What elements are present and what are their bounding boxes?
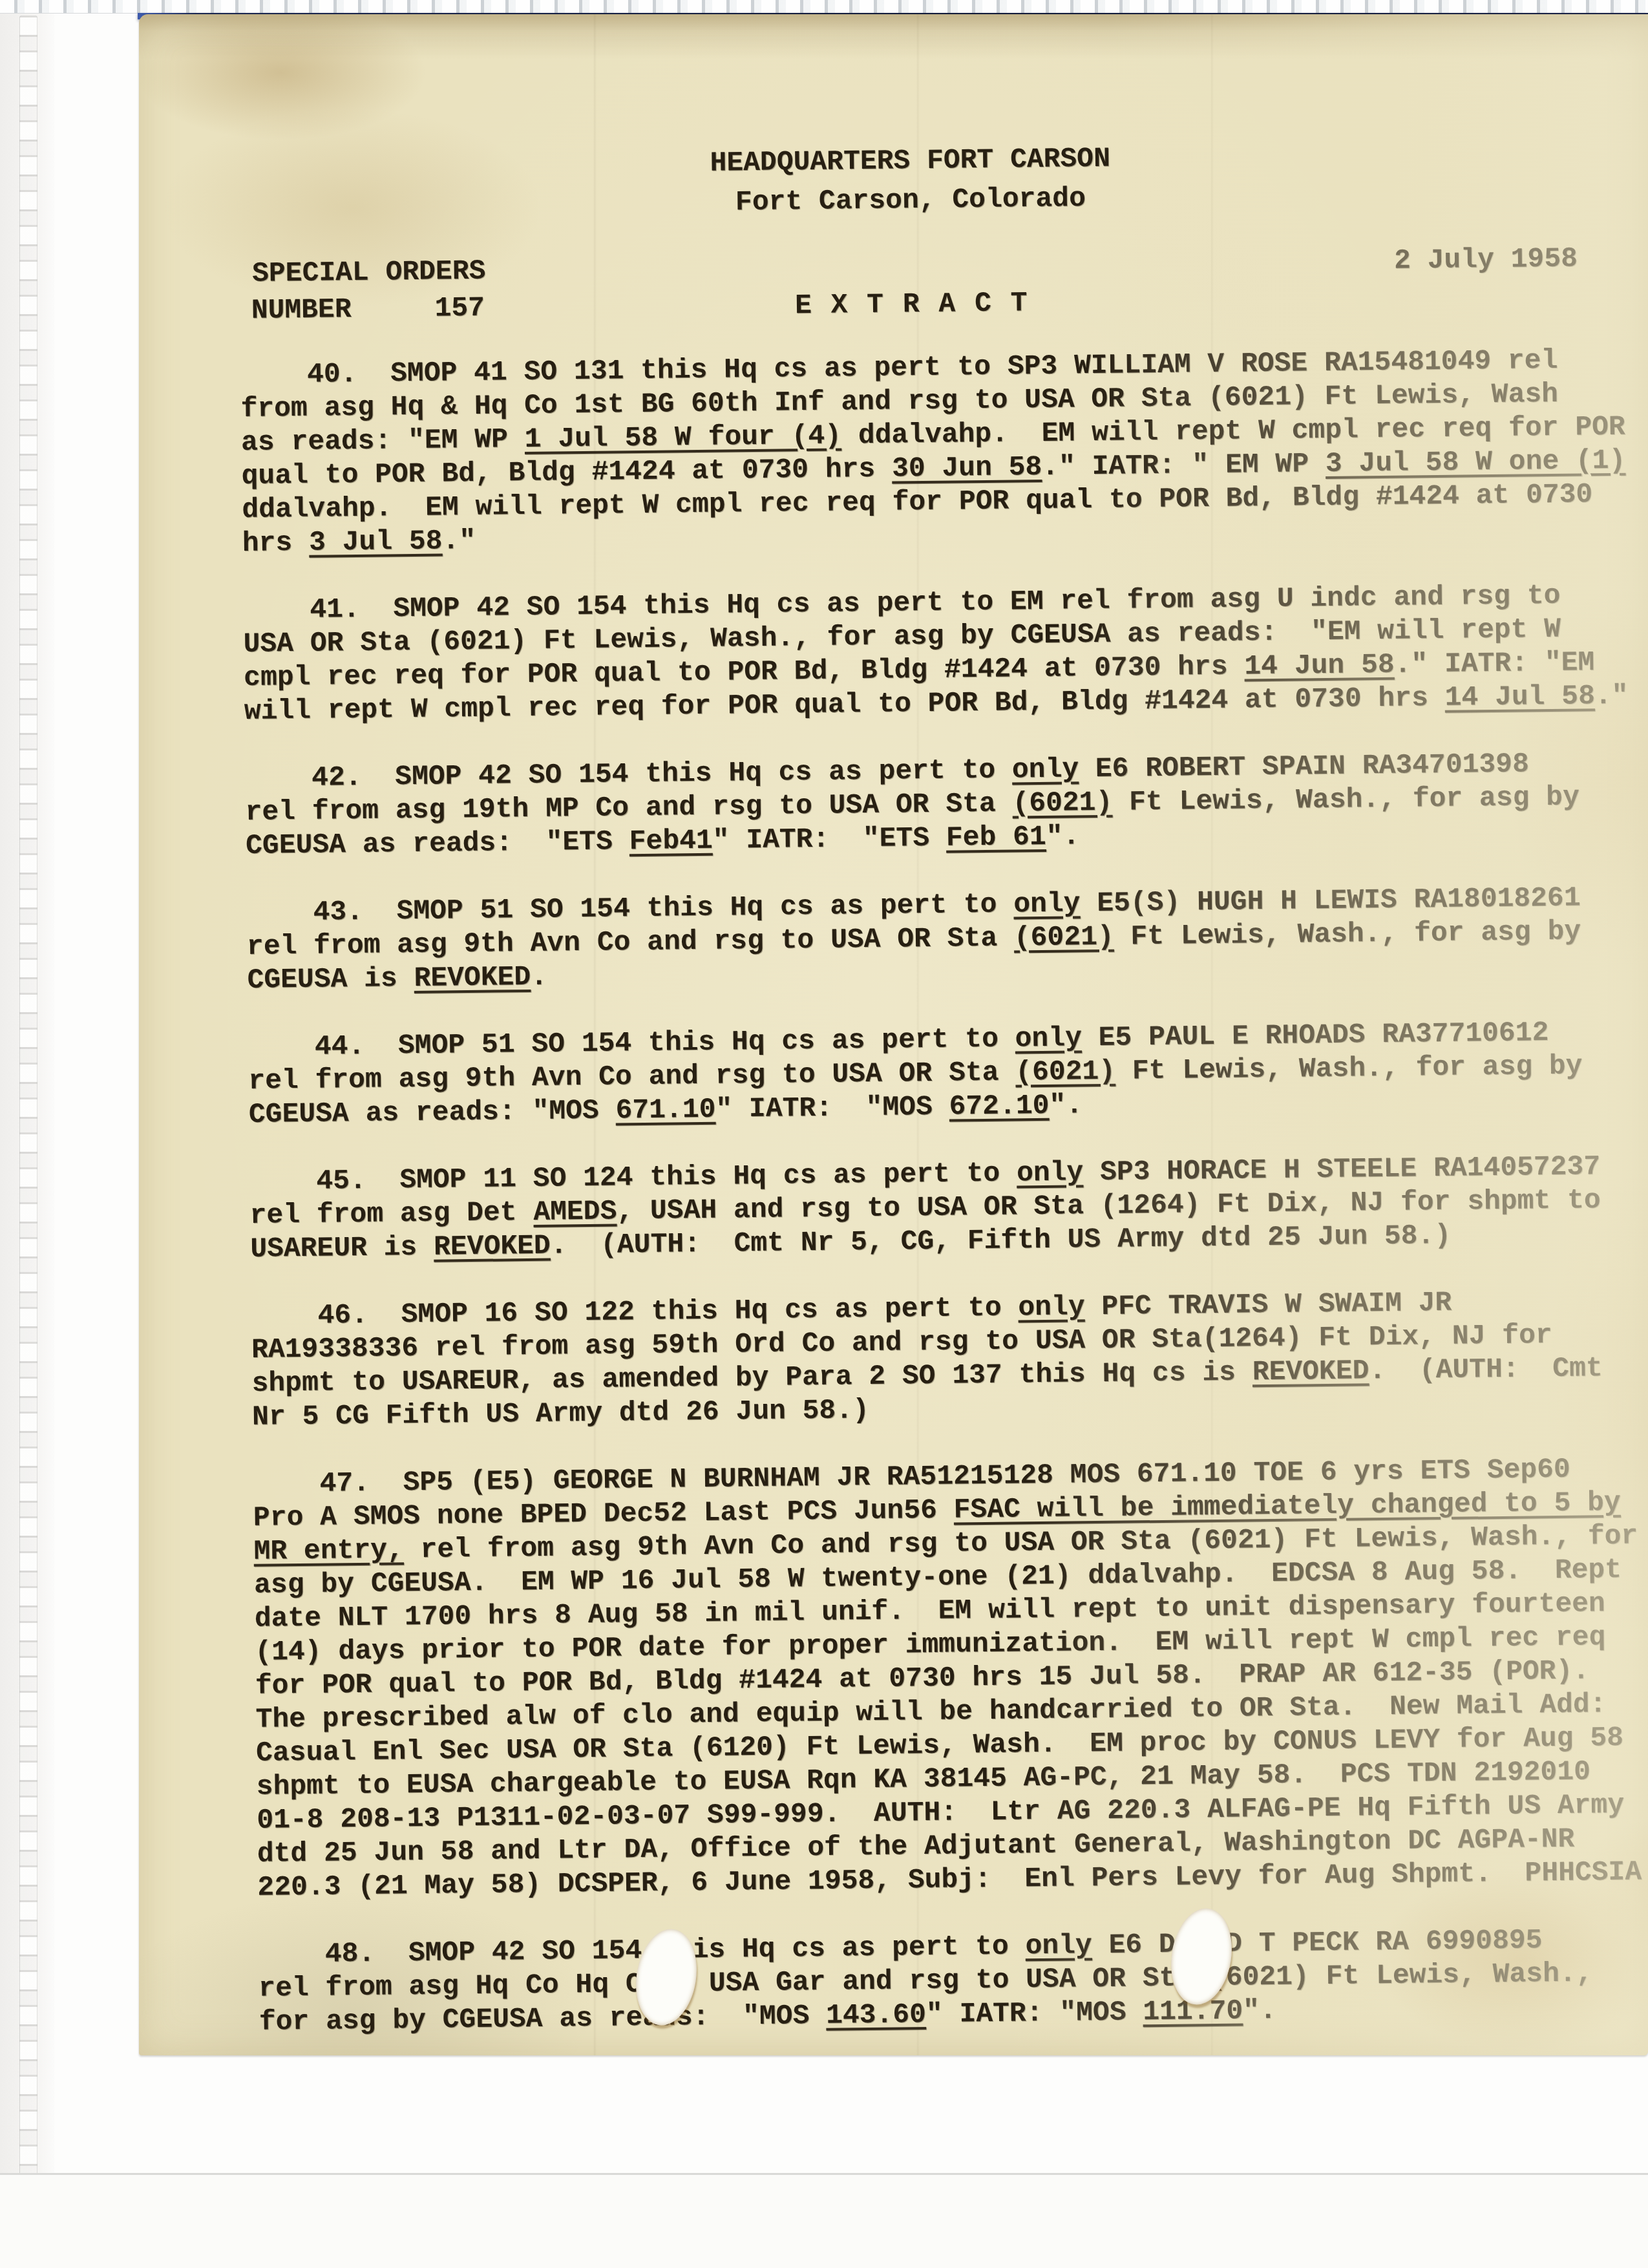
special-orders-label: SPECIAL ORDERS — [252, 255, 486, 291]
paper-sheet: HEADQUARTERS FORT CARSON Fort Carson, Co… — [139, 14, 1648, 2055]
order-date: 2 July 1958 — [1394, 242, 1578, 277]
protector-top-seam — [0, 0, 1648, 14]
orders-list: 40. SMOP 41 SO 131 this Hq cs as pert to… — [240, 343, 1648, 2055]
binder-stitch-column — [19, 16, 37, 2252]
typewritten-text-layer: HEADQUARTERS FORT CARSON Fort Carson, Co… — [238, 136, 1648, 152]
scanned-document-page: { "colors": { "paper": "#eae2bf", "ink":… — [0, 0, 1648, 2268]
order-paragraph-44: 44. SMOP 51 SO 154 this Hq cs as pert to… — [248, 1015, 1648, 1132]
order-paragraph-46: 46. SMOP 16 SO 122 this Hq cs as pert to… — [251, 1284, 1648, 1434]
org-location: Fort Carson, Colorado — [238, 176, 1583, 225]
order-paragraph-40: 40. SMOP 41 SO 131 this Hq cs as pert to… — [240, 343, 1648, 560]
order-paragraph-48: 48. SMOP 42 SO 154 this Hq cs as pert to… — [258, 1922, 1648, 2039]
order-paragraph-42: 42. SMOP 42 SO 154 this Hq cs as pert to… — [245, 746, 1648, 863]
order-paragraph-41: 41. SMOP 42 SO 154 this Hq cs as pert to… — [243, 578, 1648, 728]
order-paragraph-45: 45. SMOP 11 SO 124 this Hq cs as pert to… — [249, 1149, 1648, 1266]
order-paragraph-43: 43. SMOP 51 SO 154 this Hq cs as pert to… — [246, 880, 1648, 997]
backing-sheet-lower — [0, 2175, 1648, 2268]
order-paragraph-47: 47. SP5 (E5) GEORGE N BURNHAM JR RA51215… — [253, 1452, 1648, 1905]
